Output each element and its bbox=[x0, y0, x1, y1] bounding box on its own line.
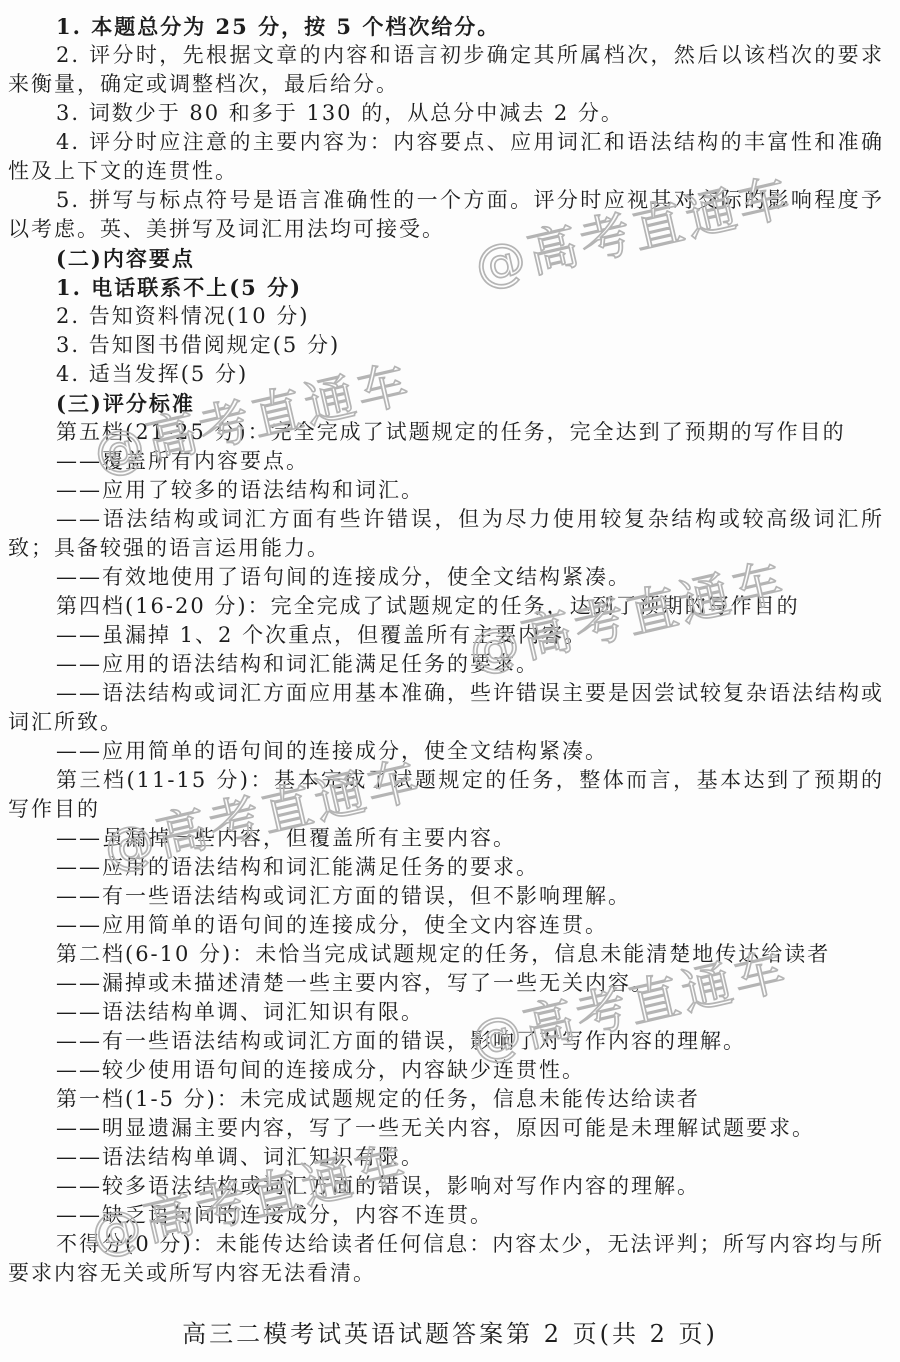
scoring-principle-item: 4. 评分时应注意的主要内容为：内容要点、应用词汇和语法结构的丰富性和准确性及上… bbox=[8, 128, 884, 186]
criteria-bullet: ——应用了较多的语法结构和词汇。 bbox=[8, 476, 884, 505]
grade-band-5-heading: 第五档(21-25 分)：完全完成了试题规定的任务，完全达到了预期的写作目的 bbox=[8, 418, 884, 447]
section-heading-content-points: (二)内容要点 bbox=[8, 244, 884, 273]
criteria-bullet: ——覆盖所有内容要点。 bbox=[8, 447, 884, 476]
content-point-item: 3. 告知图书借阅规定(5 分) bbox=[8, 331, 884, 360]
criteria-bullet: ——有一些语法结构或词汇方面的错误，但不影响理解。 bbox=[8, 882, 884, 911]
content-point-item: 4. 适当发挥(5 分) bbox=[8, 360, 884, 389]
section-heading-scoring-criteria: (三)评分标准 bbox=[8, 389, 884, 418]
zero-score-note: 不得分(0 分)：未能传达给读者任何信息：内容太少，无法评判；所写内容均与所要求… bbox=[8, 1230, 884, 1288]
grade-band-4-heading: 第四档(16-20 分)：完全完成了试题规定的任务，达到了预期的写作目的 bbox=[8, 592, 884, 621]
criteria-bullet: ——明显遗漏主要内容，写了一些无关内容，原因可能是未理解试题要求。 bbox=[8, 1114, 884, 1143]
criteria-bullet: ——语法结构单调、词汇知识有限。 bbox=[8, 1143, 884, 1172]
criteria-bullet: ——应用的语法结构和词汇能满足任务的要求。 bbox=[8, 650, 884, 679]
page-footer: 高三二模考试英语试题答案第 2 页(共 2 页) bbox=[0, 1314, 900, 1349]
grade-band-1-heading: 第一档(1-5 分)：未完成试题规定的任务，信息未能传达给读者 bbox=[8, 1085, 884, 1114]
document-page: @高考直通车 @高考直通车 @高考直通车 @高考直通车 @高考直通车 @高考直通… bbox=[0, 0, 900, 1362]
criteria-bullet: ——有一些语法结构或词汇方面的错误，影响了对写作内容的理解。 bbox=[8, 1027, 884, 1056]
criteria-bullet: ——较多语法结构或词汇方面的错误，影响对写作内容的理解。 bbox=[8, 1172, 884, 1201]
criteria-bullet: ——虽漏掉 1、2 个次重点，但覆盖所有主要内容。 bbox=[8, 621, 884, 650]
criteria-bullet: ——较少使用语句间的连接成分，内容缺少连贯性。 bbox=[8, 1056, 884, 1085]
content-point-item: 2. 告知资料情况(10 分) bbox=[8, 302, 884, 331]
scoring-principle-item: 5. 拼写与标点符号是语言准确性的一个方面。评分时应视其对交际的影响程度予以考虑… bbox=[8, 186, 884, 244]
criteria-bullet: ——有效地使用了语句间的连接成分，使全文结构紧凑。 bbox=[8, 563, 884, 592]
criteria-bullet: ——应用简单的语句间的连接成分，使全文内容连贯。 bbox=[8, 911, 884, 940]
criteria-bullet: ——语法结构或词汇方面应用基本准确，些许错误主要是因尝试较复杂语法结构或词汇所致… bbox=[8, 679, 884, 737]
scoring-principle-item: 3. 词数少于 80 和多于 130 的，从总分中减去 2 分。 bbox=[8, 99, 884, 128]
rubric-text-block: 1. 本题总分为 25 分，按 5 个档次给分。 2. 评分时，先根据文章的内容… bbox=[8, 12, 884, 1288]
grade-band-2-heading: 第二档(6-10 分)：未恰当完成试题规定的任务，信息未能清楚地传达给读者 bbox=[8, 940, 884, 969]
scoring-principle-item: 2. 评分时，先根据文章的内容和语言初步确定其所属档次，然后以该档次的要求来衡量… bbox=[8, 41, 884, 99]
criteria-bullet: ——语法结构单调、词汇知识有限。 bbox=[8, 998, 884, 1027]
criteria-bullet: ——应用的语法结构和词汇能满足任务的要求。 bbox=[8, 853, 884, 882]
content-point-item: 1. 电话联系不上(5 分) bbox=[8, 273, 884, 302]
criteria-bullet: ——缺乏语句间的连接成分，内容不连贯。 bbox=[8, 1201, 884, 1230]
criteria-bullet: ——应用简单的语句间的连接成分，使全文结构紧凑。 bbox=[8, 737, 884, 766]
criteria-bullet: ——漏掉或未描述清楚一些主要内容，写了一些无关内容。 bbox=[8, 969, 884, 998]
criteria-bullet: ——语法结构或词汇方面有些许错误，但为尽力使用较复杂结构或较高级词汇所致；具备较… bbox=[8, 505, 884, 563]
criteria-bullet: ——虽漏掉一些内容，但覆盖所有主要内容。 bbox=[8, 824, 884, 853]
grade-band-3-heading: 第三档(11-15 分)：基本完成了试题规定的任务，整体而言，基本达到了预期的写… bbox=[8, 766, 884, 824]
scoring-principle-item: 1. 本题总分为 25 分，按 5 个档次给分。 bbox=[8, 12, 884, 41]
